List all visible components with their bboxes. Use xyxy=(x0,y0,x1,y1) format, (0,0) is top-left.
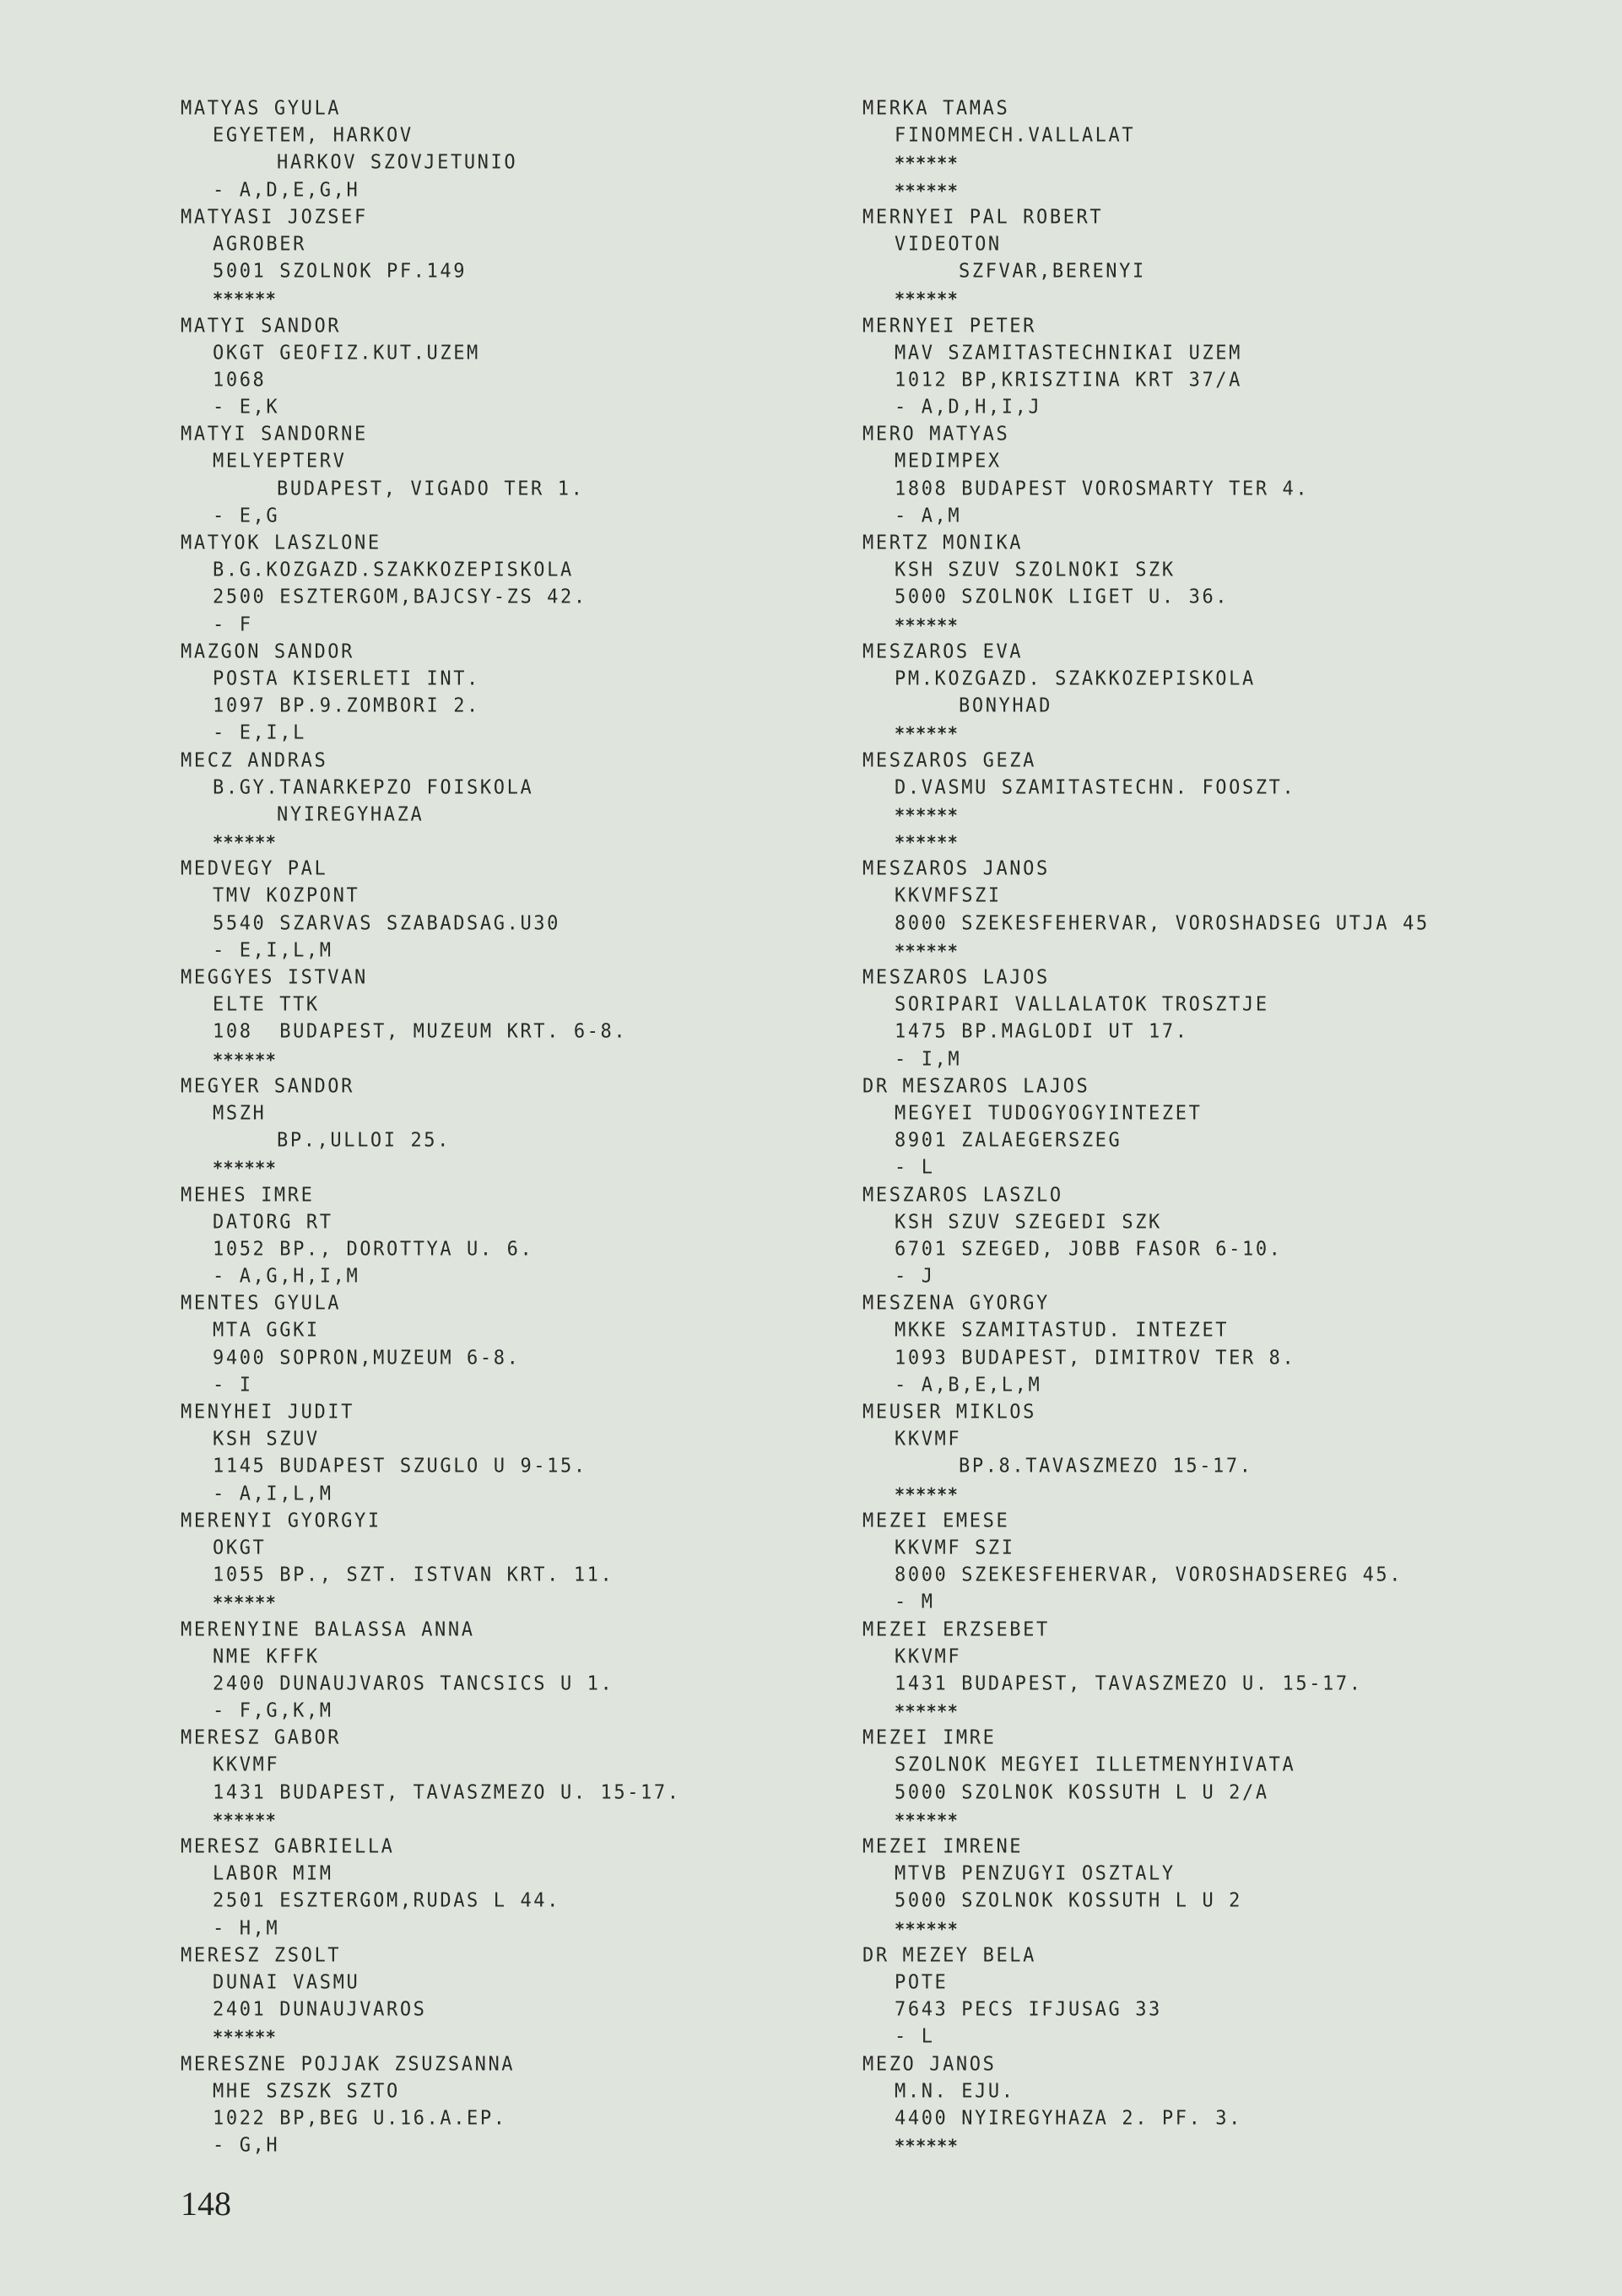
directory-entry: DR MESZAROS LAJOSMEGYEI TUDOGYOGYINTEZET… xyxy=(862,1073,1430,1182)
entry-separator-stars: ****** xyxy=(862,1915,1430,1943)
entry-name: DR MESZAROS LAJOS xyxy=(862,1072,1430,1101)
entry-detail-line: 1431 BUDAPEST, TAVASZMEZO U. 15-17. xyxy=(862,1670,1430,1699)
entry-detail-line: MTVB PENZUGYI OSZTALY xyxy=(862,1860,1430,1888)
entry-detail-line: OKGT GEOFIZ.KUT.UZEM xyxy=(181,339,681,368)
entry-detail-line: 5000 SZOLNOK LIGET U. 36. xyxy=(862,584,1430,613)
entry-name: MERO MATYAS xyxy=(862,420,1430,449)
entry-name: MERENYINE BALASSA ANNA xyxy=(181,1616,681,1645)
entry-detail-line: 1808 BUDAPEST VOROSMARTY TER 4. xyxy=(862,475,1430,504)
entry-separator-stars: ****** xyxy=(181,1154,681,1183)
entry-name: MERNYEI PETER xyxy=(862,312,1430,341)
entry-name: MEZEI IMRENE xyxy=(862,1833,1430,1861)
entry-separator-stars: ****** xyxy=(862,720,1430,748)
entry-name: MEZO JANOS xyxy=(862,2050,1430,2079)
entry-category-codes: - F,G,K,M xyxy=(181,1697,681,1726)
directory-column-right: MERKA TAMASFINOMMECH.VALLALAT***********… xyxy=(862,95,1430,2159)
entry-detail-line: 5001 SZOLNOK PF.149 xyxy=(181,257,681,286)
entry-detail-line: SORIPARI VALLALATOK TROSZTJE xyxy=(862,991,1430,1019)
entry-detail-line: DUNAI VASMU xyxy=(181,1969,681,1997)
entry-name: MERNYEI PAL ROBERT xyxy=(862,203,1430,232)
entry-category-codes: - J xyxy=(862,1262,1430,1291)
entry-detail-line: MEGYEI TUDOGYOGYINTEZET xyxy=(862,1099,1430,1128)
entry-separator-stars: ****** xyxy=(862,285,1430,314)
directory-entry: MESZAROS LAJOSSORIPARI VALLALATOK TROSZT… xyxy=(862,964,1430,1073)
entry-name: MERESZNE POJJAK ZSUZSANNA xyxy=(181,2050,681,2079)
entry-detail-line: FINOMMECH.VALLALAT xyxy=(862,122,1430,150)
entry-name: MERKA TAMAS xyxy=(862,95,1430,123)
entry-detail-line: KSH SZUV SZEGEDI SZK xyxy=(862,1208,1430,1237)
entry-name: MEUSER MIKLOS xyxy=(862,1398,1430,1427)
directory-entry: MENYHEI JUDITKSH SZUV1145 BUDAPEST SZUGL… xyxy=(181,1399,681,1508)
directory-entry: MATYI SANDOROKGT GEOFIZ.KUT.UZEM1068- E,… xyxy=(181,313,681,422)
entry-name: MERENYI GYORGYI xyxy=(181,1507,681,1536)
entry-detail-line: 5540 SZARVAS SZABADSAG.U30 xyxy=(181,910,681,938)
entry-detail-line: 2401 DUNAUJVAROS xyxy=(181,1996,681,2024)
entry-category-codes: - A,I,L,M xyxy=(181,1480,681,1509)
directory-entry: MESZAROS GEZAD.VASMU SZAMITASTECHN. FOOS… xyxy=(862,748,1430,856)
entry-name: MERTZ MONIKA xyxy=(862,529,1430,558)
entry-name: MEGYER SANDOR xyxy=(181,1072,681,1101)
entry-name: MESZAROS GEZA xyxy=(862,747,1430,775)
entry-separator-stars: ****** xyxy=(862,828,1430,856)
directory-entry: MERNYEI PAL ROBERTVIDEOTONSZFVAR,BERENYI… xyxy=(862,204,1430,313)
entry-category-codes: - I,M xyxy=(862,1045,1430,1074)
entry-detail-line: B.G.KOZGAZD.SZAKKOZEPISKOLA xyxy=(181,556,681,585)
entry-name: MESZAROS JANOS xyxy=(862,855,1430,883)
entry-name: MENTES GYULA xyxy=(181,1289,681,1318)
entry-detail-line: 1055 BP., SZT. ISTVAN KRT. 11. xyxy=(181,1561,681,1590)
directory-entry: MERKA TAMASFINOMMECH.VALLALAT***********… xyxy=(862,95,1430,204)
entry-detail-line: 2400 DUNAUJVAROS TANCSICS U 1. xyxy=(181,1670,681,1699)
entry-detail-line: VIDEOTON xyxy=(862,230,1430,259)
directory-entry: MEDVEGY PALTMV KOZPONT5540 SZARVAS SZABA… xyxy=(181,856,681,964)
entry-name: MEDVEGY PAL xyxy=(181,855,681,883)
entry-name: MECZ ANDRAS xyxy=(181,747,681,775)
entry-category-codes: - A,G,H,I,M xyxy=(181,1262,681,1291)
entry-name: MATYAS GYULA xyxy=(181,95,681,123)
entry-name: MATYASI JOZSEF xyxy=(181,203,681,232)
entry-detail-line: MKKE SZAMITASTUD. INTEZET xyxy=(862,1317,1430,1346)
entry-detail-line: 5000 SZOLNOK KOSSUTH L U 2 xyxy=(862,1888,1430,1916)
directory-entry: MERTZ MONIKAKSH SZUV SZOLNOKI SZK5000 SZ… xyxy=(862,530,1430,639)
entry-name: DR MEZEY BELA xyxy=(862,1942,1430,1970)
entry-detail-line: KKVMFSZI xyxy=(862,883,1430,911)
directory-entry: MEGYER SANDORMSZHBP.,ULLOI 25.****** xyxy=(181,1073,681,1182)
entry-detail-line: DATORG RT xyxy=(181,1208,681,1237)
entry-separator-stars: ****** xyxy=(862,1697,1430,1726)
entry-detail-line: MAV SZAMITASTECHNIKAI UZEM xyxy=(862,339,1430,368)
entry-separator-stars: ****** xyxy=(862,1480,1430,1509)
entry-detail-line: KKVMF xyxy=(181,1752,681,1780)
entry-separator-stars: ****** xyxy=(862,176,1430,205)
entry-name: MENYHEI JUDIT xyxy=(181,1398,681,1427)
entry-name: MEGGYES ISTVAN xyxy=(181,964,681,992)
entry-detail-line: 8901 ZALAEGERSZEG xyxy=(862,1126,1430,1155)
entry-detail-line: MELYEPTERV xyxy=(181,448,681,477)
entry-separator-stars: ****** xyxy=(862,1806,1430,1834)
entry-detail-line: NYIREGYHAZA xyxy=(181,801,681,829)
entry-name: MESZAROS EVA xyxy=(862,638,1430,667)
entry-detail-line: 1475 BP.MAGLODI UT 17. xyxy=(862,1018,1430,1047)
entry-detail-line: 1022 BP,BEG U.16.A.EP. xyxy=(181,2104,681,2133)
entry-name: MEZEI IMRE xyxy=(862,1724,1430,1753)
entry-detail-line: 2500 ESZTERGOM,BAJCSY-ZS 42. xyxy=(181,584,681,613)
entry-name: MAZGON SANDOR xyxy=(181,638,681,667)
directory-entry: MEZEI IMRENEMTVB PENZUGYI OSZTALY5000 SZ… xyxy=(862,1834,1430,1942)
entry-detail-line: KKVMF xyxy=(862,1425,1430,1454)
entry-category-codes: - A,M xyxy=(862,502,1430,531)
entry-detail-line: SZFVAR,BERENYI xyxy=(862,257,1430,286)
entry-detail-line: 1145 BUDAPEST SZUGLO U 9-15. xyxy=(181,1453,681,1482)
directory-entry: MERESZ GABORKKVMF1431 BUDAPEST, TAVASZME… xyxy=(181,1725,681,1834)
directory-entry: MERENYI GYORGYIOKGT1055 BP., SZT. ISTVAN… xyxy=(181,1508,681,1617)
entry-detail-line: KSH SZUV SZOLNOKI SZK xyxy=(862,556,1430,585)
directory-entry: MEHES IMREDATORG RT1052 BP., DOROTTYA U.… xyxy=(181,1182,681,1291)
directory-entry: MEUSER MIKLOSKKVMFBP.8.TAVASZMEZO 15-17.… xyxy=(862,1399,1430,1508)
entry-name: MEZEI EMESE xyxy=(862,1507,1430,1536)
entry-name: MERESZ ZSOLT xyxy=(181,1942,681,1970)
entry-separator-stars: ****** xyxy=(862,801,1430,829)
entry-detail-line: MHE SZSZK SZTO xyxy=(181,2077,681,2106)
entry-category-codes: - M xyxy=(862,1589,1430,1618)
entry-separator-stars: ****** xyxy=(181,1045,681,1074)
entry-detail-line: M.N. EJU. xyxy=(862,2077,1430,2106)
entry-separator-stars: ****** xyxy=(862,149,1430,178)
entry-detail-line: 2501 ESZTERGOM,RUDAS L 44. xyxy=(181,1888,681,1916)
directory-entry: MEZO JANOSM.N. EJU.4400 NYIREGYHAZA 2. P… xyxy=(862,2051,1430,2160)
directory-entry: MERNYEI PETERMAV SZAMITASTECHNIKAI UZEM1… xyxy=(862,313,1430,422)
entry-detail-line: 5000 SZOLNOK KOSSUTH L U 2/A xyxy=(862,1779,1430,1807)
entry-category-codes: - L xyxy=(862,1154,1430,1183)
entry-category-codes: - I xyxy=(181,1371,681,1400)
entry-detail-line: BUDAPEST, VIGADO TER 1. xyxy=(181,475,681,504)
entry-detail-line: 8000 SZEKESFEHERVAR, VOROSHADSEG UTJA 45 xyxy=(862,910,1430,938)
directory-entry: MESZAROS JANOSKKVMFSZI8000 SZEKESFEHERVA… xyxy=(862,856,1430,964)
entry-detail-line: MSZH xyxy=(181,1099,681,1128)
entry-detail-line: 1093 BUDAPEST, DIMITROV TER 8. xyxy=(862,1344,1430,1373)
entry-detail-line: 1012 BP,KRISZTINA KRT 37/A xyxy=(862,366,1430,395)
entry-name: MESZAROS LASZLO xyxy=(862,1181,1430,1210)
entry-category-codes: - E,I,L xyxy=(181,720,681,748)
page-number: 148 xyxy=(181,2184,231,2223)
entry-detail-line: KKVMF xyxy=(862,1643,1430,1672)
entry-detail-line: 9400 SOPRON,MUZEUM 6-8. xyxy=(181,1344,681,1373)
entry-separator-stars: ****** xyxy=(181,1589,681,1618)
entry-name: MATYI SANDORNE xyxy=(181,420,681,449)
entry-detail-line: BONYHAD xyxy=(862,692,1430,721)
entry-category-codes: - G,H xyxy=(181,2131,681,2160)
entry-detail-line: EGYETEM, HARKOV xyxy=(181,122,681,150)
directory-entry: MESZAROS LASZLOKSH SZUV SZEGEDI SZK6701 … xyxy=(862,1182,1430,1291)
entry-detail-line: BP.,ULLOI 25. xyxy=(181,1126,681,1155)
entry-separator-stars: ****** xyxy=(862,2131,1430,2160)
entry-detail-line: SZOLNOK MEGYEI ILLETMENYHIVATA xyxy=(862,1752,1430,1780)
entry-name: MATYOK LASZLONE xyxy=(181,529,681,558)
entry-detail-line: ELTE TTK xyxy=(181,991,681,1019)
entry-category-codes: - E,I,L,M xyxy=(181,937,681,965)
entry-detail-line: 1068 xyxy=(181,366,681,395)
entry-detail-line: PM.KOZGAZD. SZAKKOZEPISKOLA xyxy=(862,665,1430,694)
entry-separator-stars: ****** xyxy=(862,937,1430,965)
entry-detail-line: POTE xyxy=(862,1969,1430,1997)
entry-detail-line: TMV KOZPONT xyxy=(181,883,681,911)
directory-column-left: MATYAS GYULAEGYETEM, HARKOVHARKOV SZOVJE… xyxy=(181,95,681,2159)
entry-category-codes: - H,M xyxy=(181,1915,681,1943)
entry-category-codes: - A,D,H,I,J xyxy=(862,393,1430,422)
entry-category-codes: - A,D,E,G,H xyxy=(181,176,681,205)
entry-detail-line: 6701 SZEGED, JOBB FASOR 6-10. xyxy=(862,1235,1430,1264)
entry-detail-line: BP.8.TAVASZMEZO 15-17. xyxy=(862,1453,1430,1482)
entry-name: MERESZ GABRIELLA xyxy=(181,1833,681,1861)
directory-entry: MERESZNE POJJAK ZSUZSANNAMHE SZSZK SZTO1… xyxy=(181,2051,681,2160)
entry-detail-line: 7643 PECS IFJUSAG 33 xyxy=(862,1996,1430,2024)
directory-entry: MATYASI JOZSEFAGROBER5001 SZOLNOK PF.149… xyxy=(181,204,681,313)
entry-detail-line: 108 BUDAPEST, MUZEUM KRT. 6-8. xyxy=(181,1018,681,1047)
entry-detail-line: POSTA KISERLETI INT. xyxy=(181,665,681,694)
entry-detail-line: B.GY.TANARKEPZO FOISKOLA xyxy=(181,774,681,802)
entry-detail-line: 1097 BP.9.ZOMBORI 2. xyxy=(181,692,681,721)
entry-separator-stars: ****** xyxy=(862,611,1430,640)
entry-name: MESZAROS LAJOS xyxy=(862,964,1430,992)
entry-name: MEZEI ERZSEBET xyxy=(862,1616,1430,1645)
directory-entry: MECZ ANDRASB.GY.TANARKEPZO FOISKOLANYIRE… xyxy=(181,748,681,856)
entry-category-codes: - A,B,E,L,M xyxy=(862,1371,1430,1400)
directory-entry: MERESZ ZSOLTDUNAI VASMU2401 DUNAUJVAROS*… xyxy=(181,1942,681,2051)
entry-detail-line: HARKOV SZOVJETUNIO xyxy=(181,149,681,178)
entry-category-codes: - E,G xyxy=(181,502,681,531)
directory-entry: MERO MATYASMEDIMPEX1808 BUDAPEST VOROSMA… xyxy=(862,421,1430,530)
entry-name: MEHES IMRE xyxy=(181,1181,681,1210)
entry-detail-line: LABOR MIM xyxy=(181,1860,681,1888)
entry-detail-line: NME KFFK xyxy=(181,1643,681,1672)
directory-entry: DR MEZEY BELAPOTE7643 PECS IFJUSAG 33- L xyxy=(862,1942,1430,2051)
directory-entry: MATYAS GYULAEGYETEM, HARKOVHARKOV SZOVJE… xyxy=(181,95,681,204)
entry-detail-line: 8000 SZEKESFEHERVAR, VOROSHADSEREG 45. xyxy=(862,1561,1430,1590)
directory-entry: MESZENA GYORGYMKKE SZAMITASTUD. INTEZET1… xyxy=(862,1290,1430,1399)
entry-separator-stars: ****** xyxy=(181,2023,681,2052)
entry-name: MATYI SANDOR xyxy=(181,312,681,341)
entry-detail-line: 1431 BUDAPEST, TAVASZMEZO U. 15-17. xyxy=(181,1779,681,1807)
directory-entry: MAZGON SANDORPOSTA KISERLETI INT.1097 BP… xyxy=(181,639,681,748)
entry-detail-line: OKGT xyxy=(181,1534,681,1563)
directory-entry: MEZEI ERZSEBETKKVMF1431 BUDAPEST, TAVASZ… xyxy=(862,1617,1430,1726)
directory-entry: MENTES GYULAMTA GGKI9400 SOPRON,MUZEUM 6… xyxy=(181,1290,681,1399)
directory-entry: MEZEI IMRESZOLNOK MEGYEI ILLETMENYHIVATA… xyxy=(862,1725,1430,1834)
entry-category-codes: - E,K xyxy=(181,393,681,422)
entry-detail-line: MEDIMPEX xyxy=(862,448,1430,477)
directory-entry: MERESZ GABRIELLALABOR MIM2501 ESZTERGOM,… xyxy=(181,1834,681,1942)
entry-detail-line: KSH SZUV xyxy=(181,1425,681,1454)
entry-detail-line: 4400 NYIREGYHAZA 2. PF. 3. xyxy=(862,2104,1430,2133)
entry-category-codes: - L xyxy=(862,2023,1430,2052)
entry-category-codes: - F xyxy=(181,611,681,640)
entry-name: MESZENA GYORGY xyxy=(862,1289,1430,1318)
entry-detail-line: KKVMF SZI xyxy=(862,1534,1430,1563)
entry-name: MERESZ GABOR xyxy=(181,1724,681,1753)
entry-detail-line: MTA GGKI xyxy=(181,1317,681,1346)
entry-separator-stars: ****** xyxy=(181,828,681,856)
entry-detail-line: AGROBER xyxy=(181,230,681,259)
entry-separator-stars: ****** xyxy=(181,285,681,314)
entry-separator-stars: ****** xyxy=(181,1806,681,1834)
entry-detail-line: D.VASMU SZAMITASTECHN. FOOSZT. xyxy=(862,774,1430,802)
directory-entry: MATYOK LASZLONEB.G.KOZGAZD.SZAKKOZEPISKO… xyxy=(181,530,681,639)
directory-entry: MESZAROS EVAPM.KOZGAZD. SZAKKOZEPISKOLAB… xyxy=(862,639,1430,748)
directory-entry: MEGGYES ISTVANELTE TTK108 BUDAPEST, MUZE… xyxy=(181,964,681,1073)
directory-entry: MERENYINE BALASSA ANNANME KFFK2400 DUNAU… xyxy=(181,1617,681,1726)
entry-detail-line: 1052 BP., DOROTTYA U. 6. xyxy=(181,1235,681,1264)
directory-entry: MEZEI EMESEKKVMF SZI8000 SZEKESFEHERVAR,… xyxy=(862,1508,1430,1617)
directory-entry: MATYI SANDORNEMELYEPTERVBUDAPEST, VIGADO… xyxy=(181,421,681,530)
